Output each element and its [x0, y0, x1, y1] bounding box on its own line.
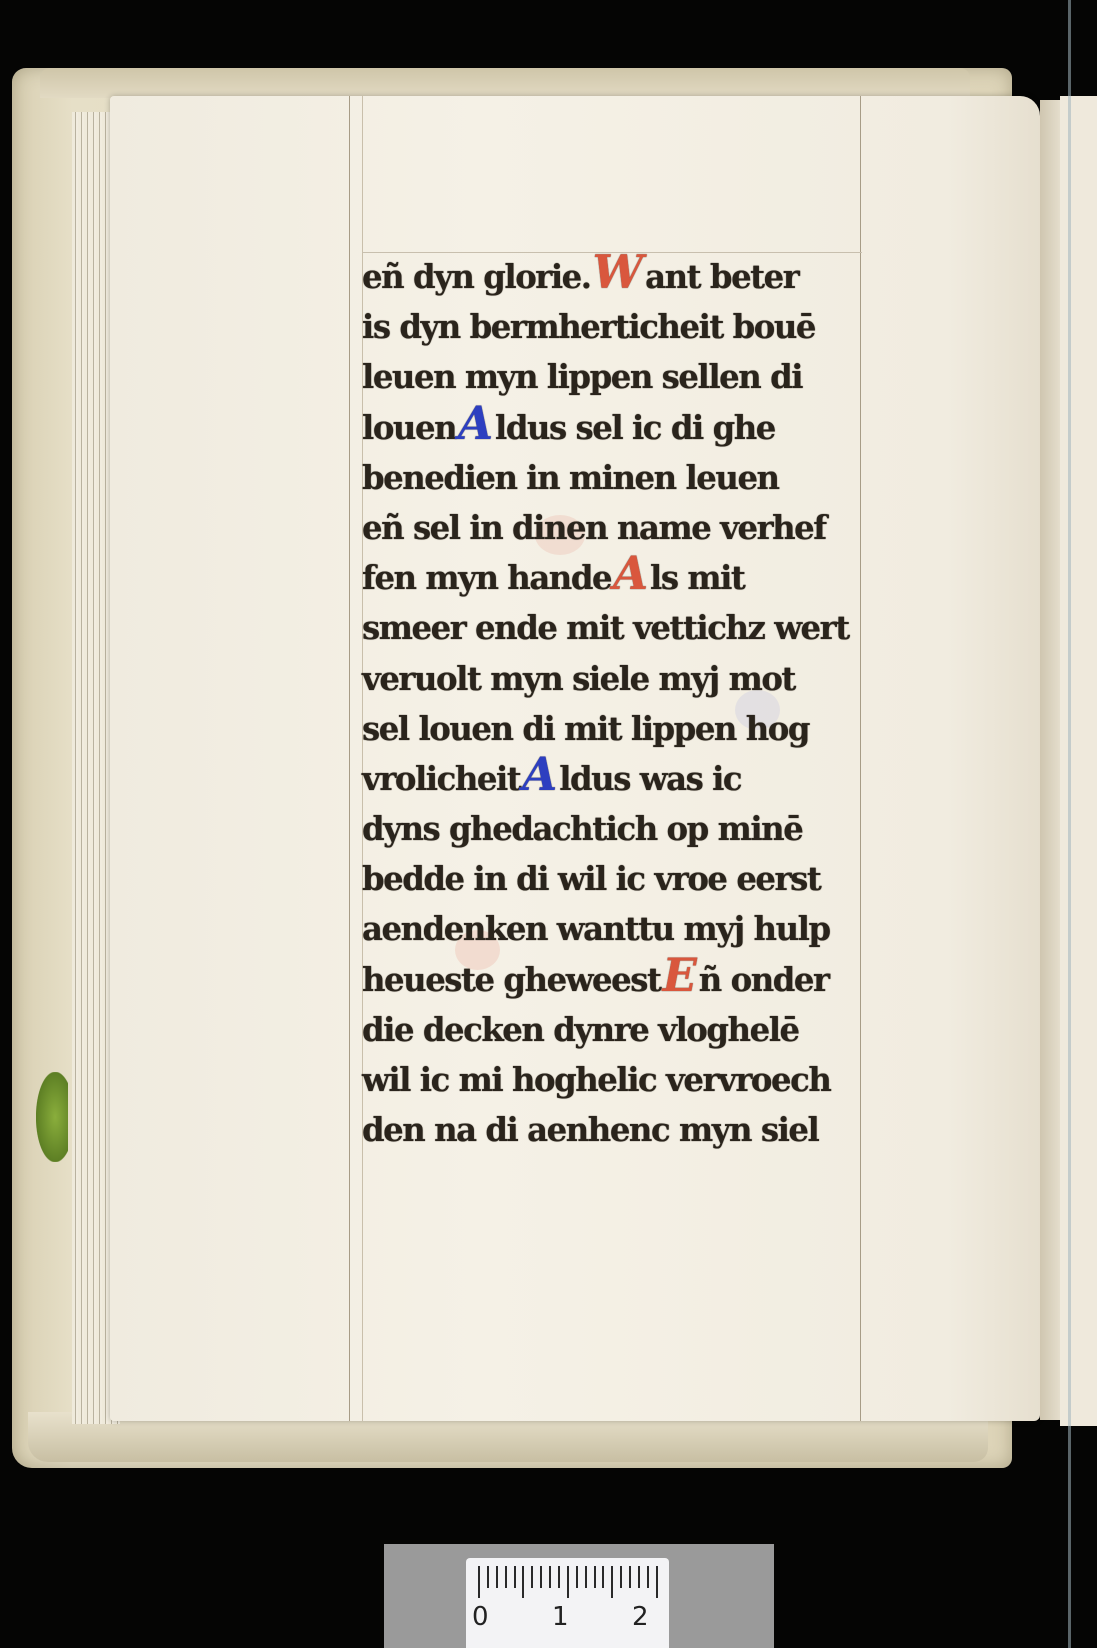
text-line: den na di aenhenc myn siel	[362, 1105, 862, 1155]
text-line: aendenken wanttu myj hulp	[362, 904, 862, 954]
text-line: benedien in minen leuen	[362, 453, 862, 503]
ruler-label-1: 1	[552, 1602, 569, 1632]
text-line: is dyn bermherticheit bouē	[362, 302, 862, 352]
text-line: wil ic mi hoghelic vervroech	[362, 1055, 862, 1105]
scale-ruler: 0 1 2	[466, 1558, 669, 1648]
text-line: louenAldus sel ic di ghe	[362, 403, 862, 453]
red-initial: E	[660, 955, 698, 995]
text-line: vrolicheitAldus was ic	[362, 754, 862, 804]
text-line: bedde in di wil ic vroe eerst	[362, 854, 862, 904]
text-line: leuen myn lippen sellen di	[362, 352, 862, 402]
glass-plate-edge	[1068, 0, 1071, 1648]
cover-top-turn-in	[40, 68, 970, 98]
blue-initial: A	[456, 403, 495, 443]
ruler-ticks	[478, 1566, 658, 1596]
ruler-label-2: 2	[632, 1602, 649, 1632]
blue-initial: A	[520, 754, 559, 794]
text-line: die decken dynre vloghelē	[362, 1005, 862, 1055]
ruler-label-0: 0	[472, 1602, 489, 1632]
text-line: fen myn handeAls mit	[362, 553, 862, 603]
red-initial: A	[611, 553, 650, 593]
ruling-line-left-outer	[349, 96, 350, 1421]
facing-page-edge	[1060, 96, 1097, 1426]
manuscript-text-block: eñ dyn glorie.Want beter is dyn bermhert…	[362, 252, 872, 1155]
text-line: veruolt myn siele myj mot	[362, 654, 862, 704]
text-line: dyns ghedachtich op minē	[362, 804, 862, 854]
text-line: heueste gheweestEñ onder	[362, 955, 862, 1005]
red-initial: W	[591, 252, 646, 292]
text-line: eñ dyn glorie.Want beter	[362, 252, 862, 302]
text-line: smeer ende mit vettichz wert	[362, 603, 862, 653]
green-thread-remnant	[36, 1072, 68, 1162]
text-line: sel louen di mit lippen hog	[362, 704, 862, 754]
